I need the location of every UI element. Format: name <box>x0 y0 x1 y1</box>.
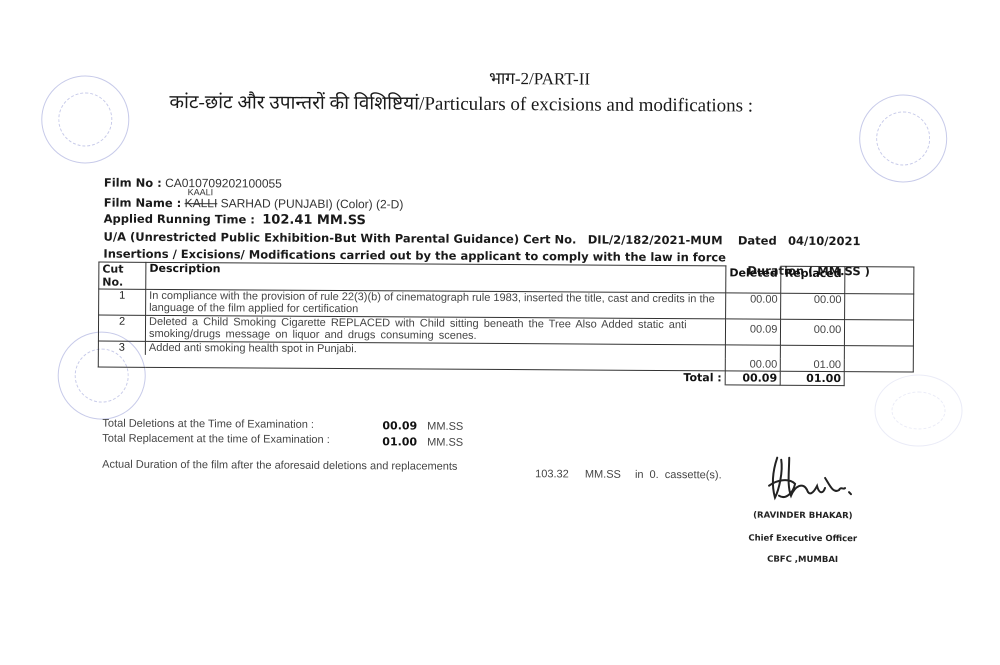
signature-icon <box>759 450 859 509</box>
certificate-label: U/A (Unrestricted Public Exhibition-But … <box>104 230 577 247</box>
cuts-table: Cut No. Description Deleted Replaced 1 I… <box>98 262 915 387</box>
running-time-label: Applied Running Time : <box>104 212 255 227</box>
cut-blank <box>845 294 914 320</box>
dated-value: 04/10/2021 <box>788 234 861 248</box>
film-name-correction: KAALI <box>188 187 214 197</box>
cut-deleted: 00.00 <box>726 293 782 319</box>
cut-description: Deleted a Child Smoking Cigarette REPLAC… <box>145 315 725 345</box>
total-deleted: 00.09 <box>725 371 781 385</box>
total-replacement-unit: MM.SS <box>427 437 463 449</box>
total-deletions-label: Total Deletions at the Time of Examinati… <box>102 418 314 431</box>
official-stamp-top-right <box>859 94 948 183</box>
running-time-row: Applied Running Time : 102.41 MM.SS <box>104 212 366 229</box>
cert-no: DIL/2/182/2021-MUM <box>588 233 723 248</box>
signatory-name: (RAVINDER BHAKAR) <box>743 510 863 521</box>
struck-text: KALLI <box>185 196 218 210</box>
actual-duration-suffix: in 0. cassette(s). <box>635 469 722 482</box>
film-name-struck: KALLIKAALI <box>185 196 218 210</box>
actual-duration-value: 103.32 <box>535 468 569 480</box>
total-replacement-label: Total Replacement at the time of Examina… <box>102 433 330 446</box>
signatory-office: CBFC ,MUMBAI <box>743 554 863 565</box>
total-replacement-value: 01.00 <box>382 435 417 448</box>
cut-no: 3 <box>98 341 145 354</box>
cut-replaced: 01.00 <box>781 345 845 371</box>
cut-replaced: 00.00 <box>781 319 845 345</box>
film-name-row: Film Name : KALLIKAALI SARHAD (PUNJABI) … <box>104 196 404 212</box>
total-deletions-row: 00.09MM.SS <box>382 419 463 432</box>
official-stamp-top-left <box>41 75 130 164</box>
cut-deleted: 00.09 <box>725 319 781 345</box>
film-name-value: SARHAD (PUNJABI) (Color) (2-D) <box>221 196 404 211</box>
actual-duration-row: 103.32 MM.SS in 0. cassette(s). <box>535 468 722 481</box>
cut-blank <box>845 346 914 372</box>
total-replacement-row: 01.00MM.SS <box>382 435 463 448</box>
header-cut-no: Cut No. <box>99 262 146 289</box>
header-deleted: Deleted <box>726 266 782 293</box>
total-label: Total : <box>98 367 725 385</box>
header-replaced: Replaced <box>781 266 845 293</box>
cut-no: 1 <box>99 289 146 315</box>
total-blank <box>844 372 913 386</box>
cut-blank <box>845 320 914 346</box>
film-no-label: Film No : <box>104 176 162 190</box>
total-replaced: 01.00 <box>781 371 845 385</box>
certificate-row: U/A (Unrestricted Public Exhibition-But … <box>104 230 861 249</box>
part-title: भाग-2/PART-II <box>1 63 1000 92</box>
certificate-page: भाग-2/PART-II कांट-छांट और उपान्तरों की … <box>0 0 1000 665</box>
dated-label: Dated <box>738 233 777 247</box>
cut-deleted: 00.00 <box>725 345 781 371</box>
signatory-designation: Chief Executive Officer <box>743 533 863 544</box>
film-name-label: Film Name : <box>104 196 182 210</box>
header-blank <box>845 267 914 294</box>
actual-duration-unit: MM.SS <box>585 469 621 481</box>
total-deletions-unit: MM.SS <box>427 421 463 433</box>
running-time-value: 102.41 MM.SS <box>262 213 366 229</box>
film-no-value: CA010709202100055 <box>165 176 282 191</box>
header-description: Description <box>146 262 726 293</box>
cut-replaced: 00.00 <box>781 293 845 319</box>
total-deletions-value: 00.09 <box>382 419 417 432</box>
cut-description: In compliance with the provision of rule… <box>146 289 726 319</box>
actual-duration-label: Actual Duration of the film after the af… <box>102 459 457 473</box>
page-title: कांट-छांट और उपान्तरों की विशिष्टियां/Pa… <box>169 88 753 118</box>
cut-no: 2 <box>98 315 145 341</box>
